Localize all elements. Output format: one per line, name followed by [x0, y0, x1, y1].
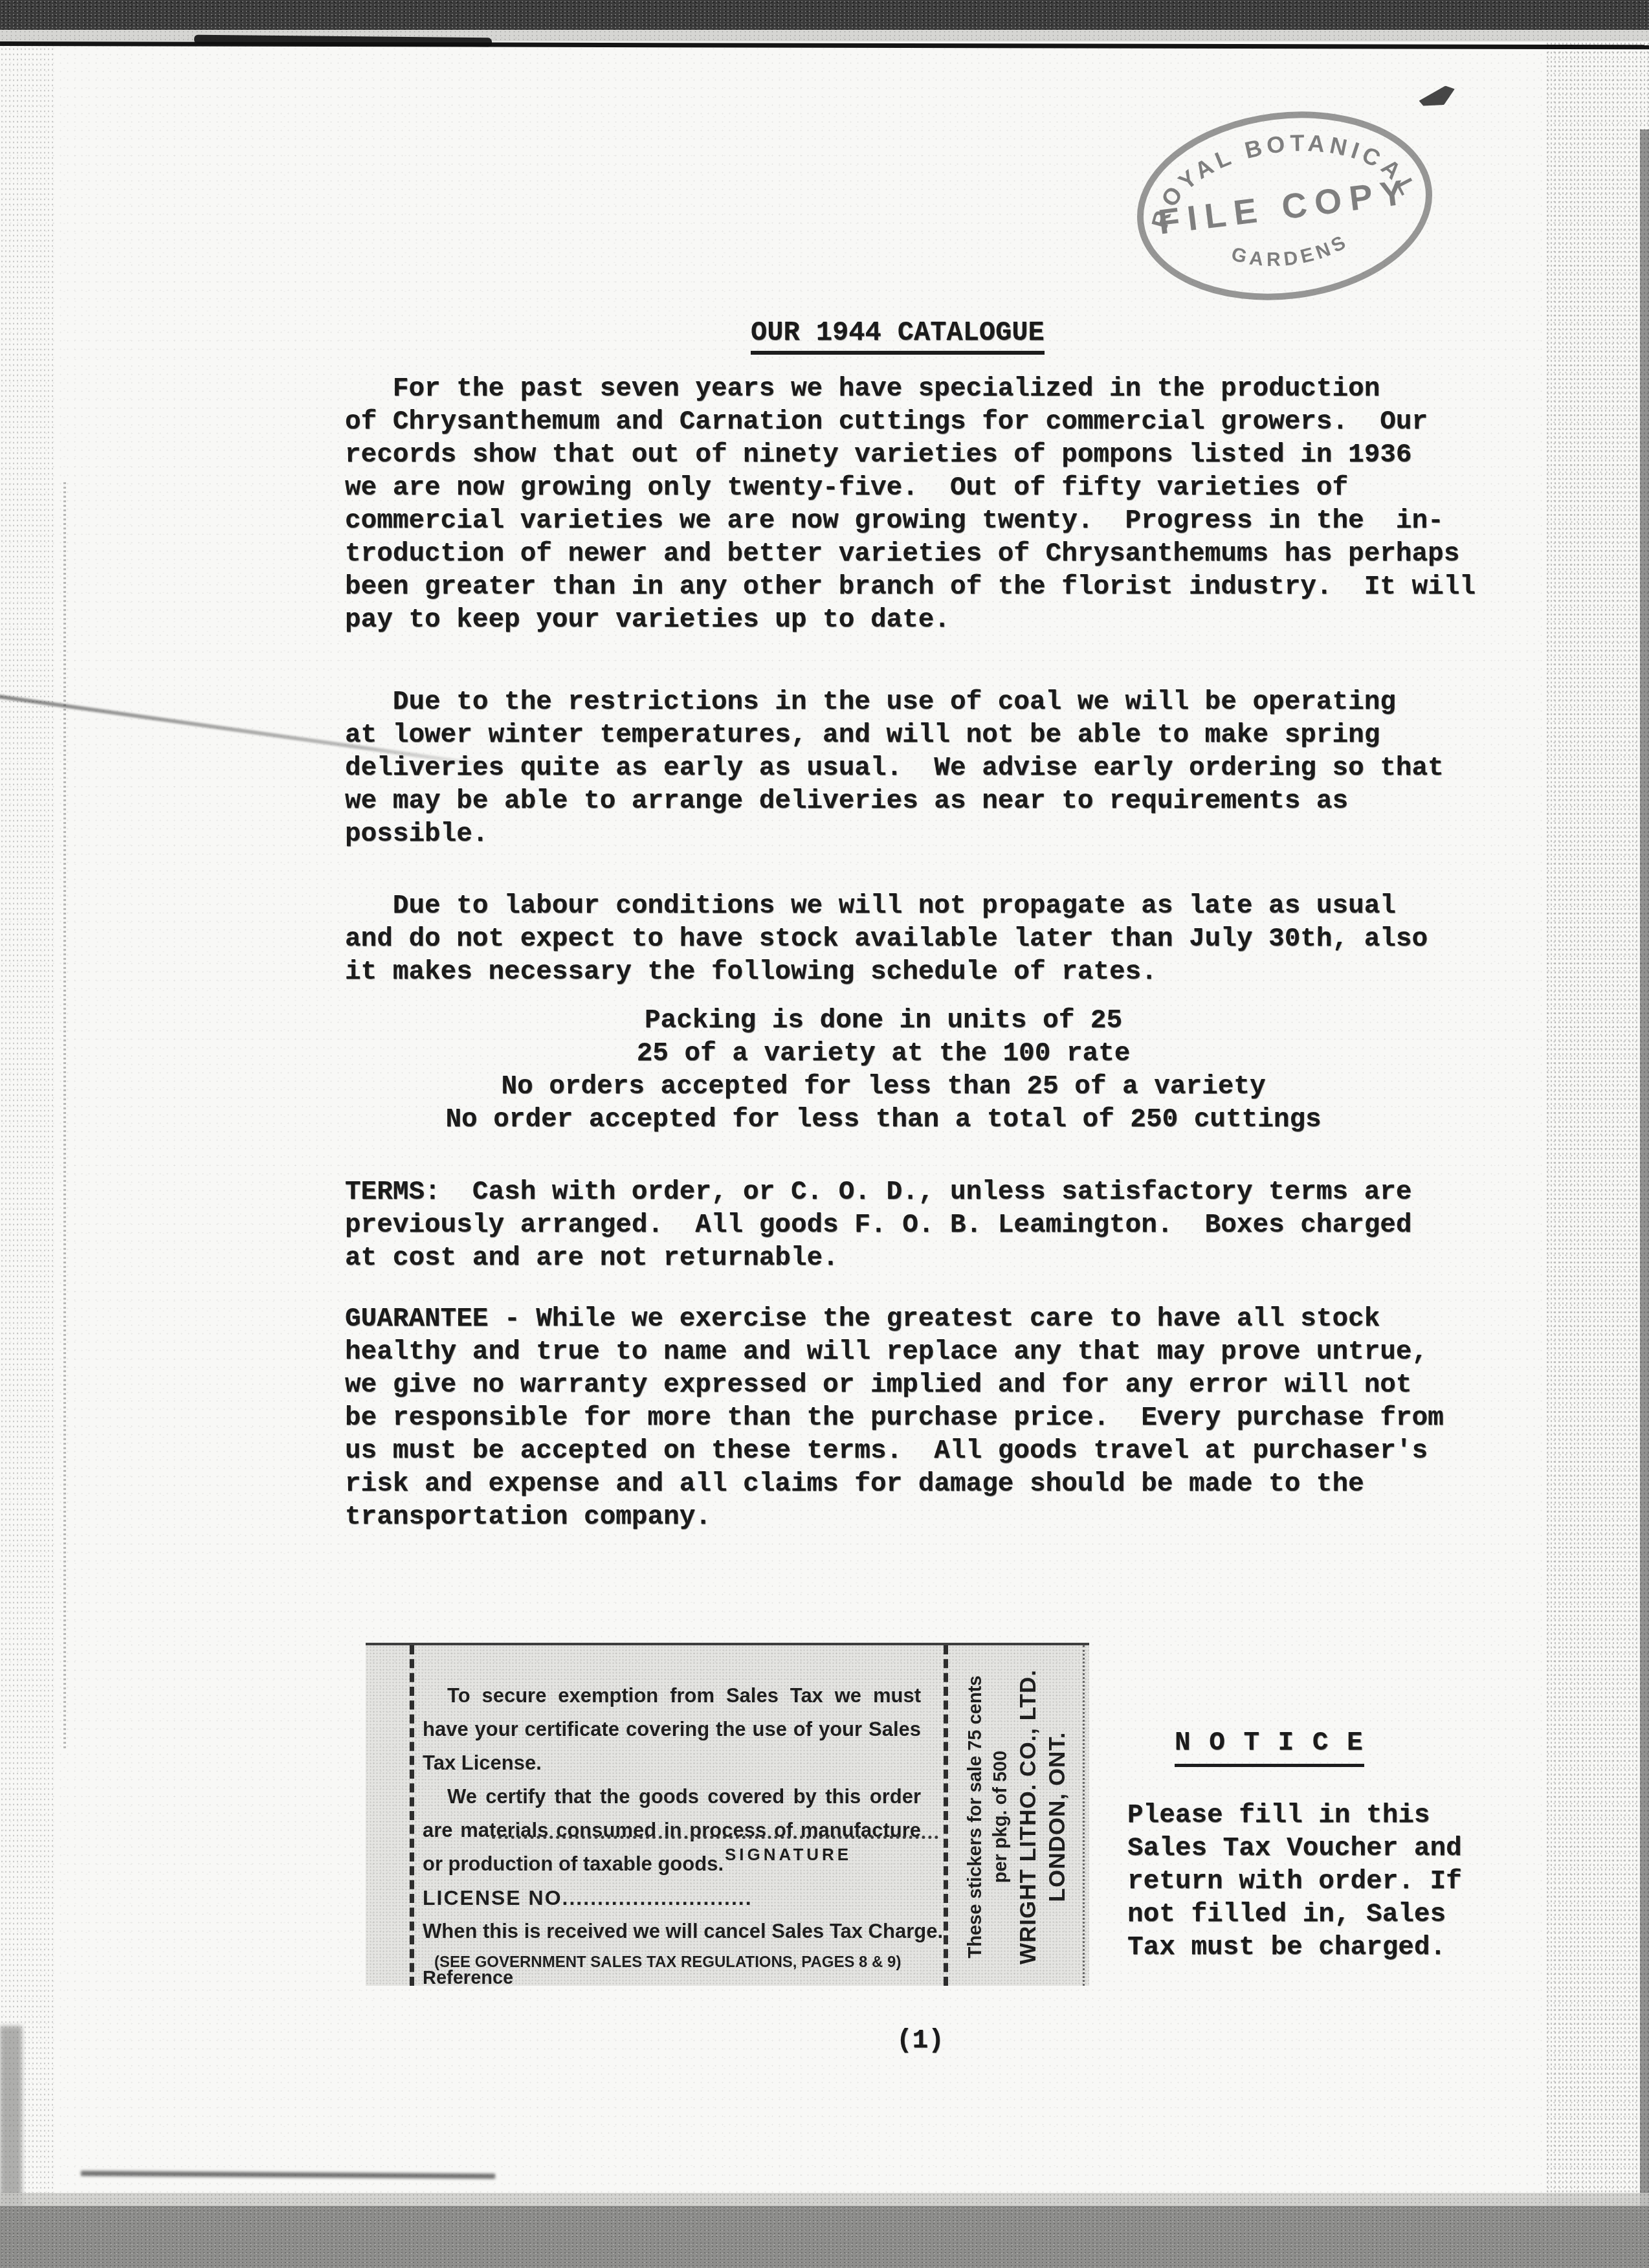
page-number: (1) — [896, 2025, 944, 2058]
voucher-dashed-border-right — [944, 1645, 948, 1986]
intro-paragraph: For the past seven years we have special… — [345, 373, 1510, 637]
signature-label: SIGNATURE — [725, 1845, 852, 1865]
stamp-arc-bottom-text: GARDENS — [1227, 229, 1355, 277]
stickers-price-text: These stickers for sale 75 cents per pkg… — [963, 1651, 1013, 1983]
scan-edge-bottom — [0, 2206, 1649, 2268]
license-number-field: LICENSE NO........................... — [423, 1886, 753, 1910]
voucher-certify-paragraph: We certify that the goods covered by thi… — [423, 1780, 921, 1881]
scan-edge-bottom-fade — [0, 2193, 1649, 2206]
voucher-vertical-column: These stickers for sale 75 cents per pkg… — [957, 1651, 1083, 1983]
notice-body: Please fill in this Sales Tax Voucher an… — [1127, 1799, 1490, 1964]
coal-restrictions-paragraph: Due to the restrictions in the use of co… — [345, 686, 1510, 851]
page-title: OUR 1944 CATALOGUE — [751, 317, 1045, 355]
scan-edge-left — [0, 41, 53, 2206]
terms-paragraph: TERMS: Cash with order, or C. O. D., unl… — [345, 1176, 1510, 1275]
scan-edge-right — [1545, 41, 1649, 2268]
scan-smudge-left — [0, 2026, 22, 2207]
scan-smudge-bottom — [81, 2171, 495, 2179]
voucher-exemption-paragraph: To secure exemption from Sales Tax we mu… — [423, 1679, 921, 1780]
printer-imprint-text: WRIGHT LITHO. CO., LTD. LONDON, ONT. — [1013, 1651, 1072, 1983]
file-copy-stamp: ROYAL BOTANICAL FILE COPY GARDENS — [1122, 91, 1447, 320]
svg-text:GARDENS: GARDENS — [1227, 229, 1355, 277]
guarantee-paragraph: GUARANTEE - While we exercise the greate… — [345, 1303, 1516, 1534]
paper-fold-line — [63, 482, 66, 1751]
signature-line — [492, 1836, 938, 1839]
reference-label: Reference — [423, 1968, 513, 1989]
sales-tax-voucher: To secure exemption from Sales Tax we mu… — [366, 1643, 1089, 1986]
cancel-charge-note: When this is received we will cancel Sal… — [423, 1920, 943, 1943]
scanned-page: ROYAL BOTANICAL FILE COPY GARDENS OUR 19… — [0, 0, 1649, 2268]
voucher-dashed-border-left — [410, 1645, 414, 1986]
packing-schedule: Packing is done in units of 25 25 of a v… — [294, 1005, 1472, 1137]
notice-heading: N O T I C E — [1175, 1727, 1364, 1767]
scan-edge-right-line — [1640, 129, 1649, 2268]
labour-conditions-paragraph: Due to labour conditions we will not pro… — [345, 890, 1510, 989]
scan-edge-top — [0, 0, 1649, 30]
